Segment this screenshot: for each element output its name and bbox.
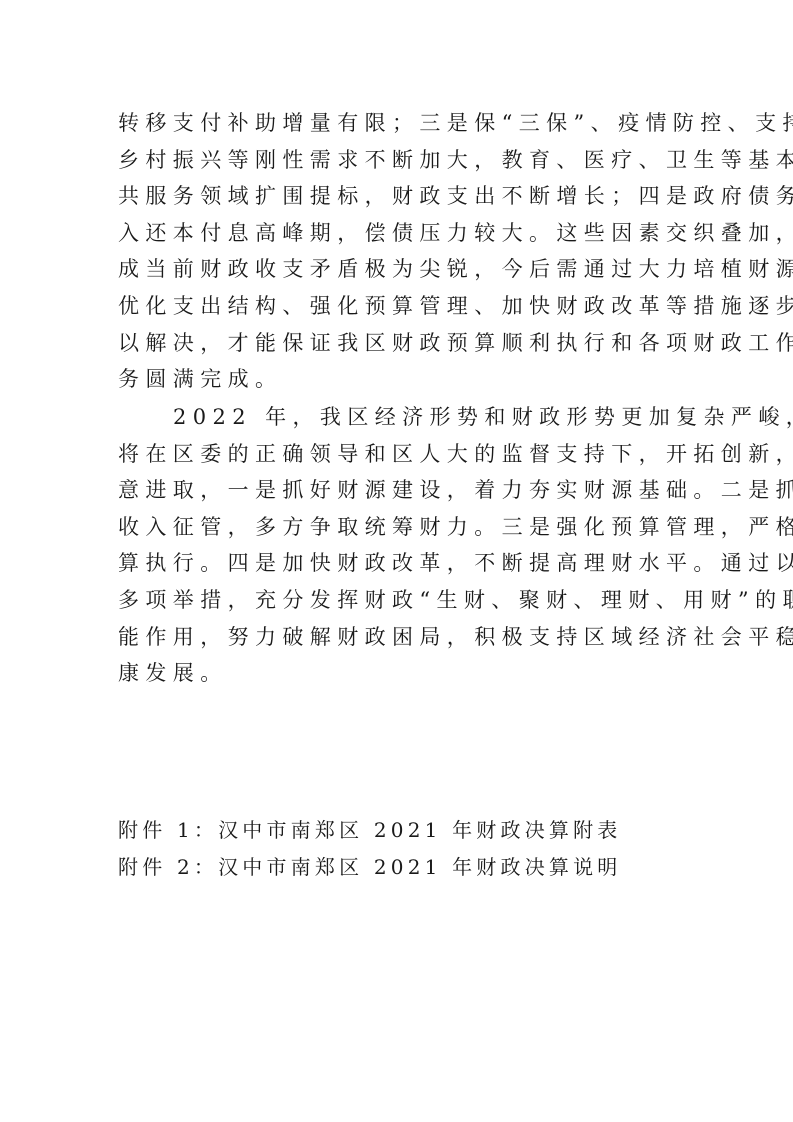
attachment-1: 附件 1：汉中市南郑区 2021 年财政决算附表 xyxy=(118,812,622,849)
text-line: 康发展。 xyxy=(118,655,678,692)
text-line: 多项举措，充分发挥财政“生财、聚财、理财、用财”的职 xyxy=(118,582,678,619)
text-line: 共服务领域扩围提标，财政支出不断增长；四是政府债务进 xyxy=(118,178,678,215)
text-line: 转移支付补助增量有限；三是保“三保”、疫情防控、支持 xyxy=(118,105,678,142)
text-line: 优化支出结构、强化预算管理、加快财政改革等措施逐步加 xyxy=(118,288,678,325)
text-line: 能作用，努力破解财政困局，积极支持区域经济社会平稳健 xyxy=(118,619,678,656)
text-line: 算执行。四是加快财政改革，不断提高理财水平。通过以上 xyxy=(118,545,678,582)
text-line: 成当前财政收支矛盾极为尖锐，今后需通过大力培植财源、 xyxy=(118,251,678,288)
text-line: 意进取，一是抓好财源建设，着力夯实财源基础。二是抓好 xyxy=(118,472,678,509)
text-line: 以解决，才能保证我区财政预算顺利执行和各项财政工作任 xyxy=(118,325,678,362)
text-line: 收入征管，多方争取统筹财力。三是强化预算管理，严格预 xyxy=(118,509,678,546)
document-page: 转移支付补助增量有限；三是保“三保”、疫情防控、支持 乡村振兴等刚性需求不断加大… xyxy=(0,0,793,1122)
text-line: 乡村振兴等刚性需求不断加大，教育、医疗、卫生等基本公 xyxy=(118,142,678,179)
paragraph-fiscal-pressure: 转移支付补助增量有限；三是保“三保”、疫情防控、支持 乡村振兴等刚性需求不断加大… xyxy=(118,105,678,398)
paragraph-2022-outlook: 2022 年，我区经济形势和财政形势更加复杂严峻，我们 将在区委的正确领导和区人… xyxy=(118,399,678,692)
text-line: 入还本付息高峰期，偿债压力较大。这些因素交织叠加，造 xyxy=(118,215,678,252)
attachment-2: 附件 2：汉中市南郑区 2021 年财政决算说明 xyxy=(118,849,622,886)
text-line: 将在区委的正确领导和区人大的监督支持下，开拓创新，锐 xyxy=(118,436,678,473)
text-line: 2022 年，我区经济形势和财政形势更加复杂严峻，我们 xyxy=(118,399,678,436)
text-line: 务圆满完成。 xyxy=(118,361,678,398)
